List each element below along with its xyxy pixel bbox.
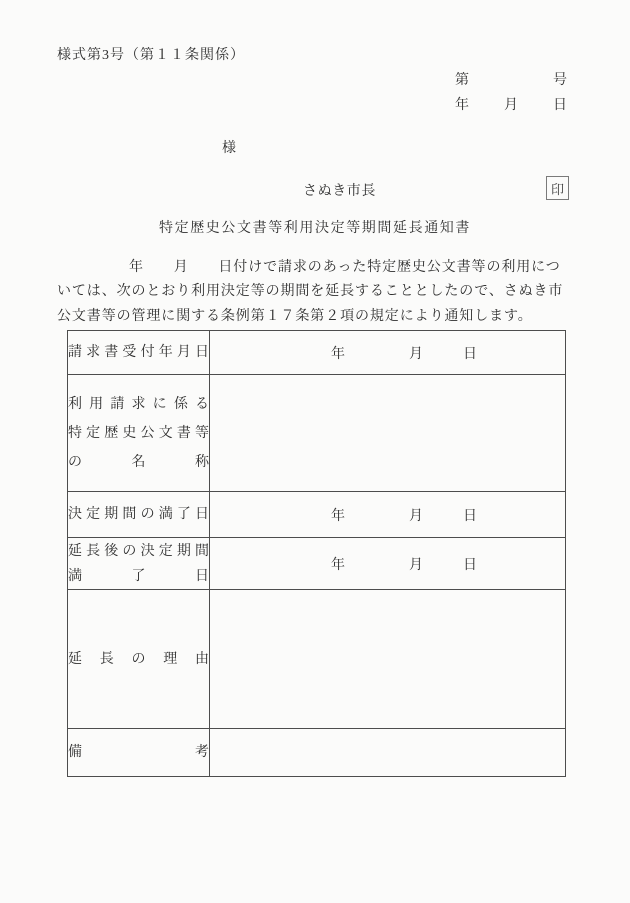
row-label-line-1: 利用請求に係る xyxy=(68,390,209,419)
row-label: 決定期間の満了日 xyxy=(68,500,209,529)
row-label-cell: 延長後の決定期間 満了日 xyxy=(68,538,210,590)
addressee-honorific: 様 xyxy=(222,137,236,157)
row-label-cell: 備考 xyxy=(68,729,210,777)
body-line-2: いては、次のとおり利用決定等の期間を延長することとしたので、さぬき市 xyxy=(57,280,571,304)
month-label: 月 xyxy=(409,554,423,574)
table-row-extended-period-expiry: 延長後の決定期間 満了日 年 月 日 xyxy=(68,538,566,590)
row-label-cell: 利用請求に係る 特定歴史公文書等 の名称 xyxy=(68,375,210,492)
empty-value-cell xyxy=(210,375,566,492)
date-value-cell: 年 月 日 xyxy=(210,492,566,538)
table-row-remarks: 備考 xyxy=(68,729,566,777)
year-label: 年 xyxy=(331,343,345,363)
day-label: 日 xyxy=(463,343,477,363)
row-label-line-2: 満了日 xyxy=(68,564,209,589)
document-page: 様式第3号（第１１条関係） 第 号 年 月 日 様 さぬき市長 印 特定歴史公文… xyxy=(0,0,630,903)
body-paragraph: 年 月 日付けで請求のあった特定歴史公文書等の利用につ いては、次のとおり利用決… xyxy=(57,256,571,329)
row-label: 延長の理由 xyxy=(68,645,209,674)
date-year-label: 年 xyxy=(455,94,469,114)
month-label: 月 xyxy=(409,343,423,363)
body-line-1: 年 月 日付けで請求のあった特定歴史公文書等の利用につ xyxy=(57,256,571,280)
date-blanks: 年 月 日 xyxy=(210,505,565,525)
day-label: 日 xyxy=(463,554,477,574)
seal-placeholder: 印 xyxy=(546,176,569,200)
date-blanks: 年 月 日 xyxy=(210,343,565,363)
body-line-3: 公文書等の管理に関する条例第１７条第２項の規定により通知します。 xyxy=(57,305,571,329)
row-label-cell: 延長の理由 xyxy=(68,590,210,729)
row-label-line-3: の名称 xyxy=(68,448,209,477)
doc-number-suffix: 号 xyxy=(553,69,567,89)
row-label-line-1: 延長後の決定期間 xyxy=(68,539,209,564)
row-label-line-2: 特定歴史公文書等 xyxy=(68,419,209,448)
day-label: 日 xyxy=(463,505,477,525)
row-label: 請求書受付年月日 xyxy=(68,338,209,367)
table-row-extension-reason: 延長の理由 xyxy=(68,590,566,729)
year-label: 年 xyxy=(331,554,345,574)
date-month-label: 月 xyxy=(504,94,518,114)
date-day-label: 日 xyxy=(553,94,567,114)
year-label: 年 xyxy=(331,505,345,525)
table-row-document-name: 利用請求に係る 特定歴史公文書等 の名称 xyxy=(68,375,566,492)
document-date-line: 年 月 日 xyxy=(455,94,567,114)
form-table: 請求書受付年月日 年 月 日 利用請求に係る 特定歴史公文書等 の名称 xyxy=(67,330,566,777)
document-title: 特定歴史公文書等利用決定等期間延長通知書 xyxy=(0,217,630,237)
month-label: 月 xyxy=(409,505,423,525)
date-blanks: 年 月 日 xyxy=(210,554,565,574)
table-row-decision-period-expiry: 決定期間の満了日 年 月 日 xyxy=(68,492,566,538)
row-label: 備考 xyxy=(68,738,209,767)
doc-number-prefix: 第 xyxy=(455,69,469,89)
row-label-cell: 請求書受付年月日 xyxy=(68,331,210,375)
table-row-request-received-date: 請求書受付年月日 年 月 日 xyxy=(68,331,566,375)
empty-value-cell xyxy=(210,590,566,729)
form-number: 様式第3号（第１１条関係） xyxy=(57,44,245,64)
empty-value-cell xyxy=(210,729,566,777)
sender-name: さぬき市長 xyxy=(303,180,376,200)
date-value-cell: 年 月 日 xyxy=(210,331,566,375)
row-label-cell: 決定期間の満了日 xyxy=(68,492,210,538)
date-value-cell: 年 月 日 xyxy=(210,538,566,590)
document-number-line: 第 号 xyxy=(455,69,567,89)
seal-mark: 印 xyxy=(551,179,564,198)
